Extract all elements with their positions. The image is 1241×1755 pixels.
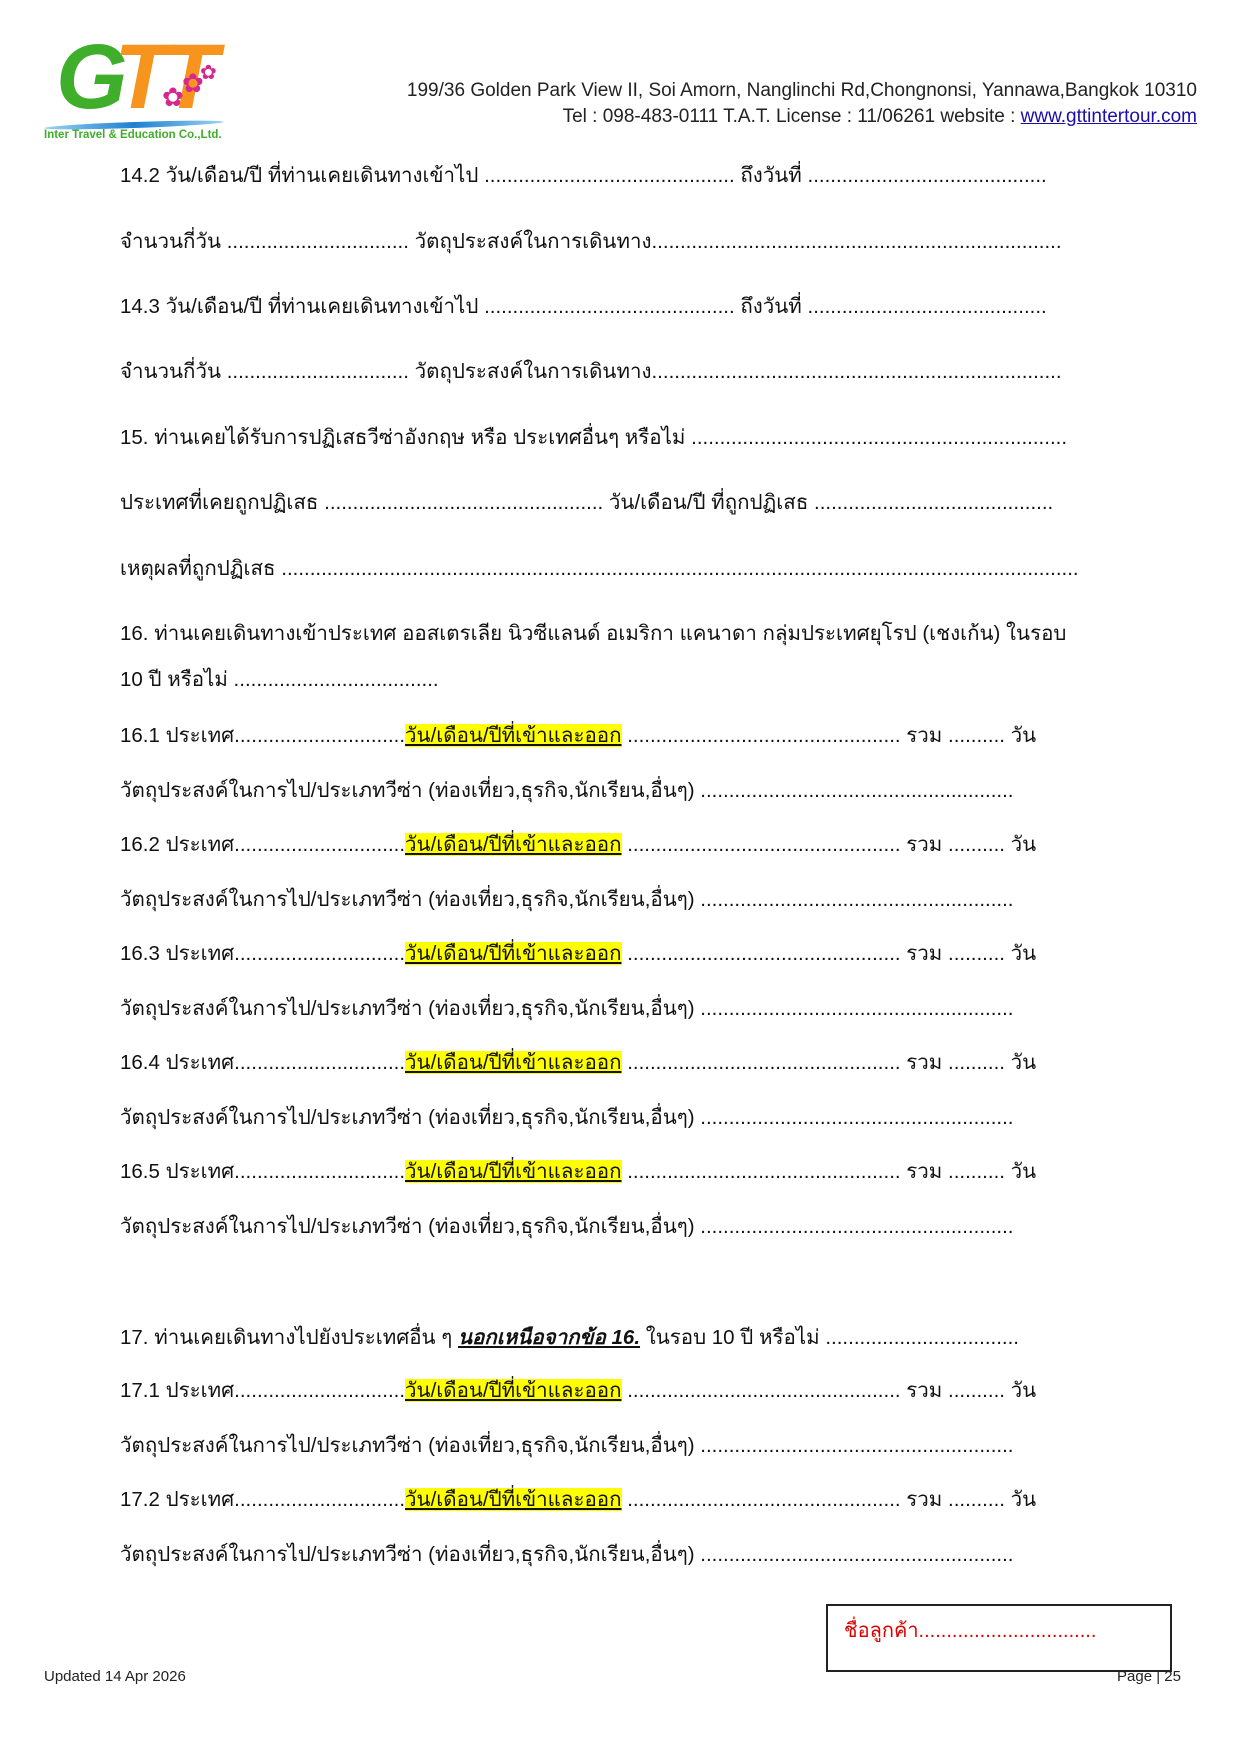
customer-name-label: ชื่อลูกค้า..............................… bbox=[844, 1614, 1096, 1646]
website-link[interactable]: www.gttintertour.com bbox=[1021, 106, 1197, 127]
q16-question-line1: 16. ท่านเคยเดินทางเข้าประเทศ ออสเตรเลีย … bbox=[120, 620, 1066, 648]
q14-2-dates[interactable]: 14.2 วัน/เดือน/ปี ที่ท่านเคยเดินทางเข้าไ… bbox=[120, 162, 1047, 190]
q15-refused-visa[interactable]: 15. ท่านเคยได้รับการปฏิเสธวีซ่าอังกฤษ หร… bbox=[120, 424, 1067, 452]
company-logo: G TT ✿ ✿ ✿ Inter Travel & Education Co.,… bbox=[44, 30, 244, 145]
trip-number: 16.5 bbox=[120, 1160, 160, 1183]
trip-row[interactable]: 16.1 ประเทศ.............................… bbox=[120, 722, 1036, 750]
trip-row[interactable]: 16.4 ประเทศ.............................… bbox=[120, 1049, 1036, 1077]
trip-country-field[interactable]: ประเทศ.............................. bbox=[160, 724, 405, 747]
page-number: Page | 25 bbox=[1117, 1668, 1181, 1685]
trip-number: 17.1 bbox=[120, 1379, 160, 1402]
company-address: 199/36 Golden Park View II, Soi Amorn, N… bbox=[407, 78, 1197, 130]
trip-number: 16.1 bbox=[120, 724, 160, 747]
trip-dates-total-field[interactable]: ........................................… bbox=[622, 724, 1037, 747]
customer-name-box[interactable]: ชื่อลูกค้า..............................… bbox=[826, 1604, 1172, 1672]
trip-row[interactable]: 17.2 ประเทศ.............................… bbox=[120, 1486, 1036, 1514]
trip-number: 17.2 bbox=[120, 1488, 160, 1511]
trip-country-field[interactable]: ประเทศ.............................. bbox=[160, 1051, 405, 1074]
trip-country-field[interactable]: ประเทศ.............................. bbox=[160, 833, 405, 856]
trip-dates-highlight: วัน/เดือน/ปีที่เข้าและออก bbox=[405, 724, 621, 747]
trip-purpose-row[interactable]: วัตถุประสงค์ในการไป/ประเภทวีซ่า (ท่องเที… bbox=[120, 1104, 1014, 1132]
trip-number: 16.3 bbox=[120, 942, 160, 965]
trip-country-field[interactable]: ประเทศ.............................. bbox=[160, 1160, 405, 1183]
trip-country-field[interactable]: ประเทศ.............................. bbox=[160, 1379, 405, 1402]
trip-country-field[interactable]: ประเทศ.............................. bbox=[160, 1488, 405, 1511]
trip-dates-total-field[interactable]: ........................................… bbox=[622, 1160, 1037, 1183]
contact-info: Tel : 098-483-0111 T.A.T. License : 11/0… bbox=[563, 106, 1021, 127]
q15-refused-country-date[interactable]: ประเทศที่เคยถูกปฏิเสธ ..................… bbox=[120, 489, 1053, 517]
trip-dates-highlight: วัน/เดือน/ปีที่เข้าและออก bbox=[405, 1488, 621, 1511]
q15-refused-reason[interactable]: เหตุผลที่ถูกปฏิเสธ .....................… bbox=[120, 555, 1079, 583]
trip-dates-total-field[interactable]: ........................................… bbox=[622, 833, 1037, 856]
address-line: 199/36 Golden Park View II, Soi Amorn, N… bbox=[407, 78, 1197, 104]
trip-country-field[interactable]: ประเทศ.............................. bbox=[160, 942, 405, 965]
q16-question-line2[interactable]: 10 ปี หรือไม่ ..........................… bbox=[120, 666, 439, 694]
trip-purpose-row[interactable]: วัตถุประสงค์ในการไป/ประเภทวีซ่า (ท่องเที… bbox=[120, 886, 1014, 914]
trip-purpose-row[interactable]: วัตถุประสงค์ในการไป/ประเภทวีซ่า (ท่องเที… bbox=[120, 1541, 1014, 1569]
logo-letter-g: G bbox=[56, 32, 122, 122]
trip-dates-total-field[interactable]: ........................................… bbox=[622, 1051, 1037, 1074]
trip-dates-highlight: วัน/เดือน/ปีที่เข้าและออก bbox=[405, 942, 621, 965]
trip-dates-highlight: วัน/เดือน/ปีที่เข้าและออก bbox=[405, 1160, 621, 1183]
trip-dates-highlight: วัน/เดือน/ปีที่เข้าและออก bbox=[405, 1051, 621, 1074]
q17-question[interactable]: 17. ท่านเคยเดินทางไปยังประเทศอื่น ๆ นอกเ… bbox=[120, 1324, 1019, 1352]
trip-purpose-row[interactable]: วัตถุประสงค์ในการไป/ประเภทวีซ่า (ท่องเที… bbox=[120, 995, 1014, 1023]
q14-3-days-purpose[interactable]: จำนวนกี่วัน ............................… bbox=[120, 358, 1062, 386]
trip-row[interactable]: 17.1 ประเทศ.............................… bbox=[120, 1377, 1036, 1405]
trip-dates-total-field[interactable]: ........................................… bbox=[622, 942, 1037, 965]
flower-icon: ✿ bbox=[200, 60, 217, 86]
trip-row[interactable]: 16.2 ประเทศ.............................… bbox=[120, 831, 1036, 859]
trip-row[interactable]: 16.5 ประเทศ.............................… bbox=[120, 1158, 1036, 1186]
trip-dates-highlight: วัน/เดือน/ปีที่เข้าและออก bbox=[405, 1379, 621, 1402]
q17-suffix: ในรอบ 10 ปี หรือไม่ ....................… bbox=[640, 1326, 1019, 1349]
trip-purpose-row[interactable]: วัตถุประสงค์ในการไป/ประเภทวีซ่า (ท่องเที… bbox=[120, 777, 1014, 805]
trip-dates-total-field[interactable]: ........................................… bbox=[622, 1488, 1037, 1511]
contact-line: Tel : 098-483-0111 T.A.T. License : 11/0… bbox=[407, 104, 1197, 130]
trip-dates-highlight: วัน/เดือน/ปีที่เข้าและออก bbox=[405, 833, 621, 856]
q14-2-days-purpose[interactable]: จำนวนกี่วัน ............................… bbox=[120, 228, 1062, 256]
trip-number: 16.2 bbox=[120, 833, 160, 856]
q17-prefix: 17. ท่านเคยเดินทางไปยังประเทศอื่น ๆ bbox=[120, 1326, 458, 1349]
q14-3-dates[interactable]: 14.3 วัน/เดือน/ปี ที่ท่านเคยเดินทางเข้าไ… bbox=[120, 293, 1047, 321]
q17-emphasis: นอกเหนือจากข้อ 16. bbox=[458, 1326, 640, 1349]
trip-number: 16.4 bbox=[120, 1051, 160, 1074]
trip-dates-total-field[interactable]: ........................................… bbox=[622, 1379, 1037, 1402]
flower-icon: ✿ bbox=[162, 84, 184, 110]
updated-date: Updated 14 Apr 2026 bbox=[44, 1668, 186, 1685]
trip-purpose-row[interactable]: วัตถุประสงค์ในการไป/ประเภทวีซ่า (ท่องเที… bbox=[120, 1432, 1014, 1460]
trip-purpose-row[interactable]: วัตถุประสงค์ในการไป/ประเภทวีซ่า (ท่องเที… bbox=[120, 1213, 1014, 1241]
logo-tagline: Inter Travel & Education Co.,Ltd. bbox=[44, 129, 222, 141]
trip-row[interactable]: 16.3 ประเทศ.............................… bbox=[120, 940, 1036, 968]
